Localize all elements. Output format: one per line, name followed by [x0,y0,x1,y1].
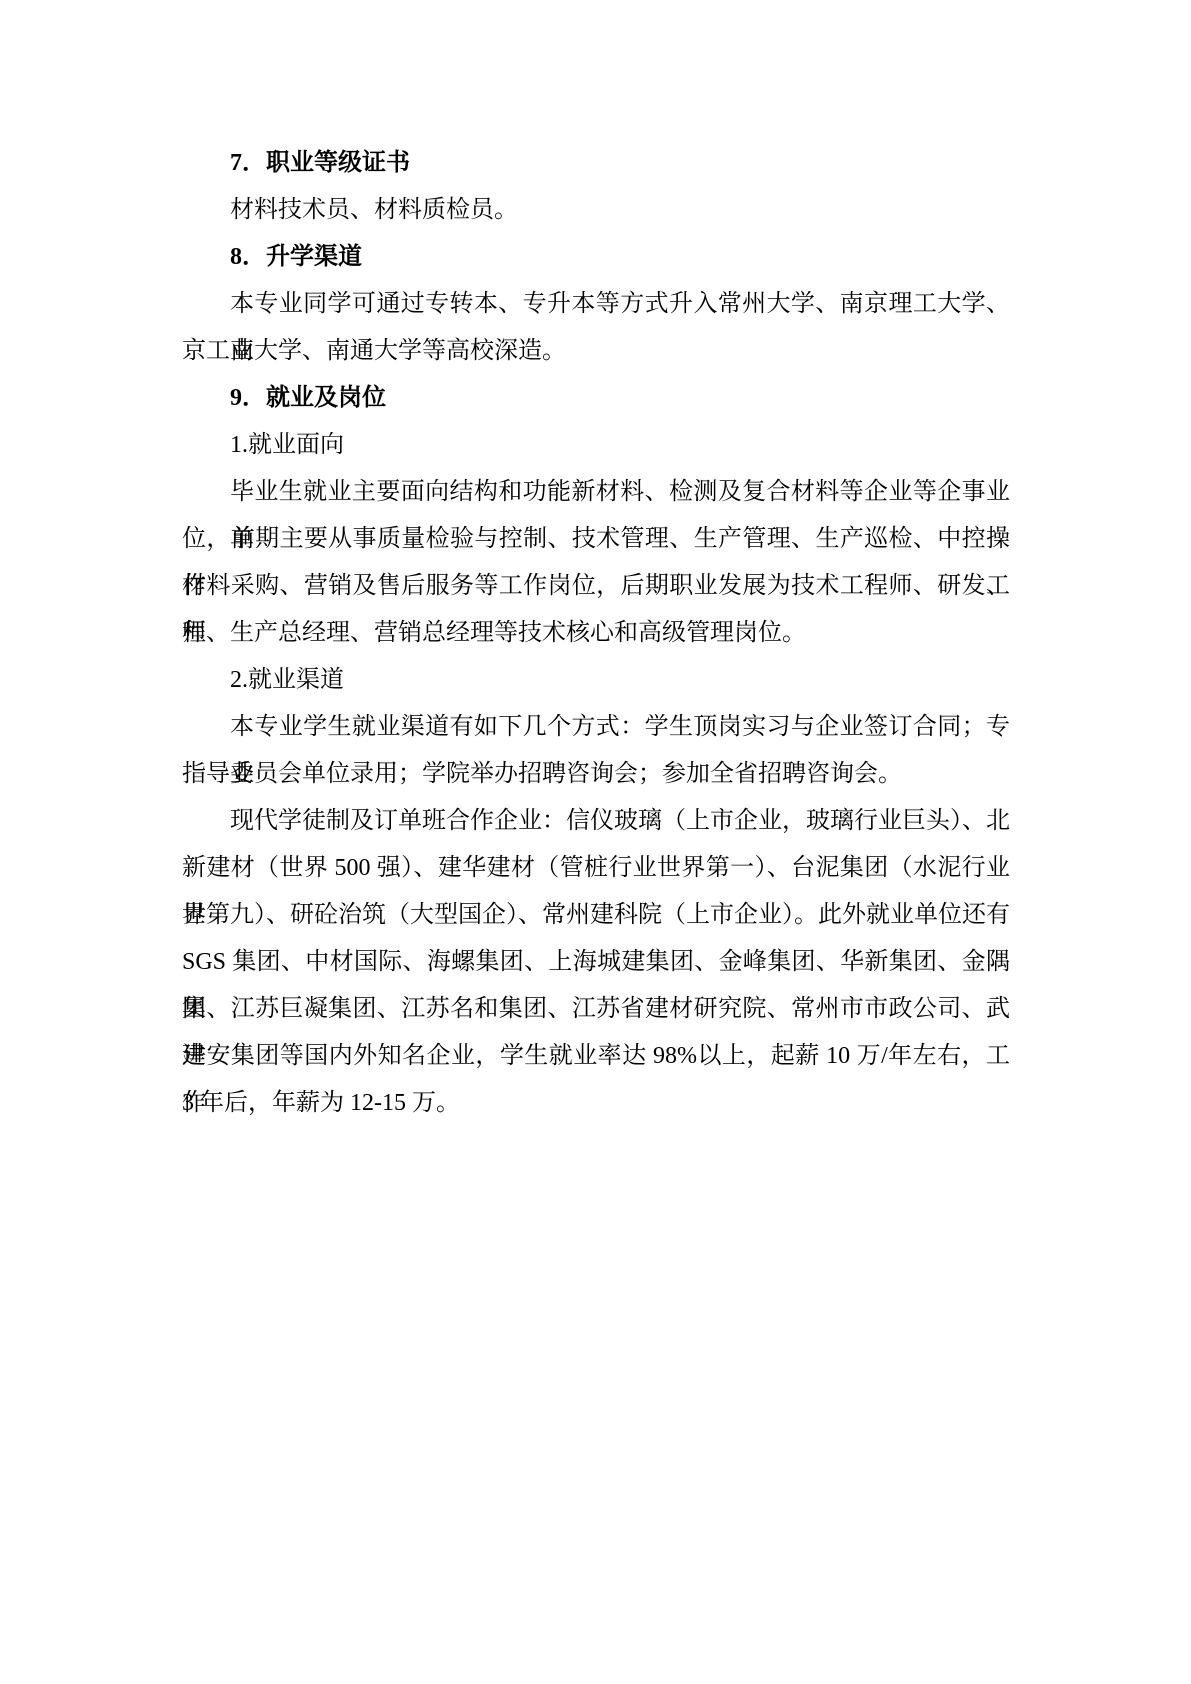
heading-further-education: 8．升学渠道 [182,234,1010,281]
paragraph-line-partner-companies-2: 新建材（世界 500 强）、建华建材（管桩行业世界第一）、台泥集团（水泥行业世 [182,845,1010,892]
paragraph-line-partner-companies-1: 现代学徒制及订单班合作企业：信仪玻璃（上市企业，玻璃行业巨头）、北 [182,798,1010,845]
heading-employment-positions: 9．就业及岗位 [182,375,1010,422]
paragraph-line-partner-companies-6: 建安集团等国内外知名企业，学生就业率达 98%以上，起薪 10 万/年左右，工作 [182,1033,1010,1080]
paragraph-line-employment-channels-1: 本专业学生就业渠道有如下几个方式：学生顶岗实习与企业签订合同；专业 [182,704,1010,751]
paragraph-line-employment-direction-3: 材料采购、营销及售后服务等工作岗位，后期职业发展为技术工程师、研发工程 [182,563,1010,610]
paragraph-line-partner-companies-7: 3 年后，年薪为 12-15 万。 [182,1080,1010,1127]
paragraph-line-further-education-2: 京工业大学、南通大学等高校深造。 [182,328,1010,375]
paragraph-line-partner-companies-5: 团、江苏巨凝集团、江苏名和集团、江苏省建材研究院、常州市市政公司、武进 [182,986,1010,1033]
paragraph-line-employment-direction-4: 师、生产总经理、营销总经理等技术核心和高级管理岗位。 [182,610,1010,657]
document-page: 7．职业等级证书 材料技术员、材料质检员。 8．升学渠道 本专业同学可通过专转本… [0,0,1191,1684]
subheading-employment-direction: 1.就业面向 [182,422,1010,469]
paragraph-line-employment-direction-2: 位，前期主要从事质量检验与控制、技术管理、生产管理、生产巡检、中控操作、 [182,516,1010,563]
paragraph-line-further-education-1: 本专业同学可通过专转本、专升本等方式升入常州大学、南京理工大学、南 [182,281,1010,328]
subheading-employment-channels: 2.就业渠道 [182,657,1010,704]
paragraph-line-employment-channels-2: 指导委员会单位录用；学院举办招聘咨询会；参加全省招聘咨询会。 [182,751,1010,798]
paragraph-line-certificates: 材料技术员、材料质检员。 [182,187,1010,234]
paragraph-line-partner-companies-3: 界第九）、研砼治筑（大型国企）、常州建科院（上市企业）。此外就业单位还有 [182,892,1010,939]
heading-vocational-certificate: 7．职业等级证书 [182,140,1010,187]
paragraph-line-employment-direction-1: 毕业生就业主要面向结构和功能新材料、检测及复合材料等企业等企事业单 [182,469,1010,516]
paragraph-line-partner-companies-4: SGS 集团、中材国际、海螺集团、上海城建集团、金峰集团、华新集团、金隅集 [182,939,1010,986]
